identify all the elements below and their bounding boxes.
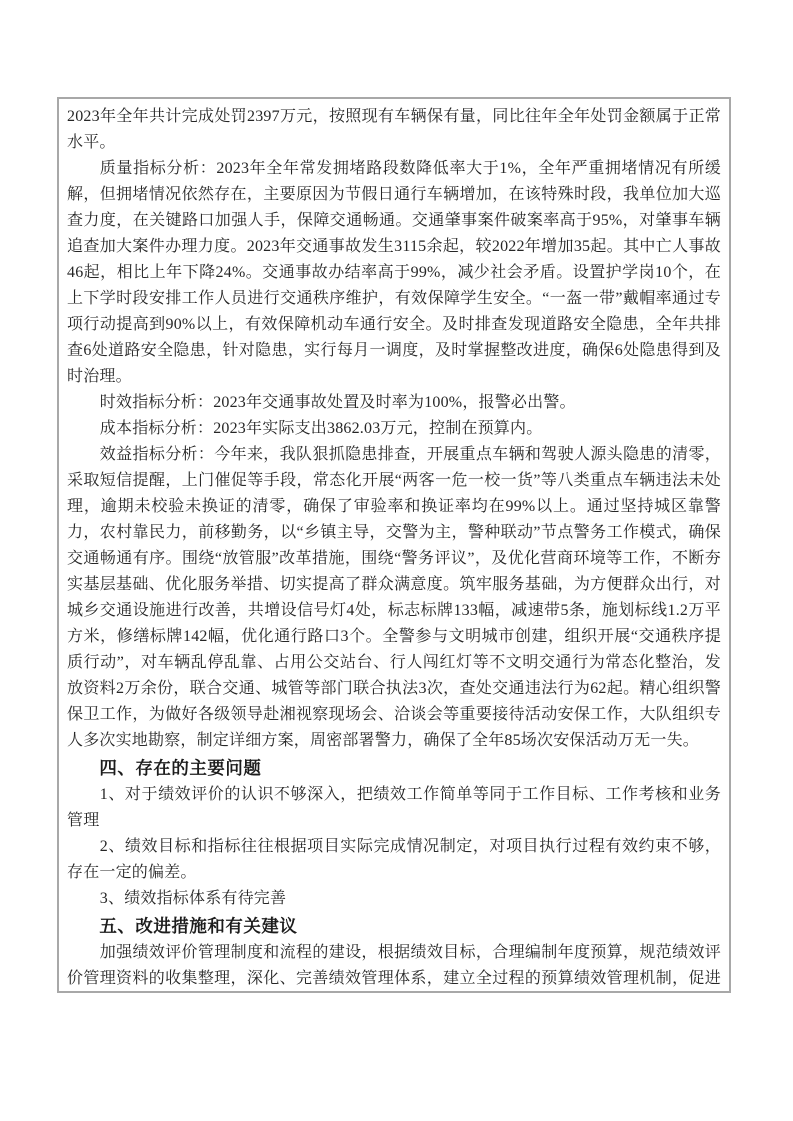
paragraph: 质量指标分析：2023年全年常发拥堵路段数降低率大于1%，全年严重拥堵情况有所缓… — [67, 156, 721, 390]
section-heading: 五、改进措施和有关建议 — [67, 913, 721, 940]
paragraph: 2、绩效目标和指标往往根据项目实际完成情况制定，对项目执行过程有效约束不够，存在… — [67, 834, 721, 886]
paragraph: 时效指标分析：2023年交通事故处置及时率为100%，报警必出警。 — [67, 390, 721, 416]
paragraph: 效益指标分析：今年来，我队狠抓隐患排查，开展重点车辆和驾驶人源头隐患的清零，采取… — [67, 442, 721, 754]
document-border-box: 2023年全年共计完成处罚2397万元，按照现有车辆保有量，同比往年全年处罚金额… — [57, 97, 731, 993]
section-heading: 四、存在的主要问题 — [67, 755, 721, 782]
paragraph: 1、对于绩效评价的认识不够深入，把绩效工作简单等同于工作目标、工作考核和业务管理 — [67, 782, 721, 834]
paragraph: 成本指标分析：2023年实际支出3862.03万元，控制在预算内。 — [67, 416, 721, 442]
paragraph: 加强绩效评价管理制度和流程的建设，根据绩效目标，合理编制年度预算，规范绩效评价管… — [67, 940, 721, 993]
paragraph: 2023年全年共计完成处罚2397万元，按照现有车辆保有量，同比往年全年处罚金额… — [67, 104, 721, 156]
paragraph: 3、绩效指标体系有待完善 — [67, 886, 721, 912]
document-page: 2023年全年共计完成处罚2397万元，按照现有车辆保有量，同比往年全年处罚金额… — [0, 0, 793, 1121]
paragraphs-container: 2023年全年共计完成处罚2397万元，按照现有车辆保有量，同比往年全年处罚金额… — [67, 104, 721, 993]
